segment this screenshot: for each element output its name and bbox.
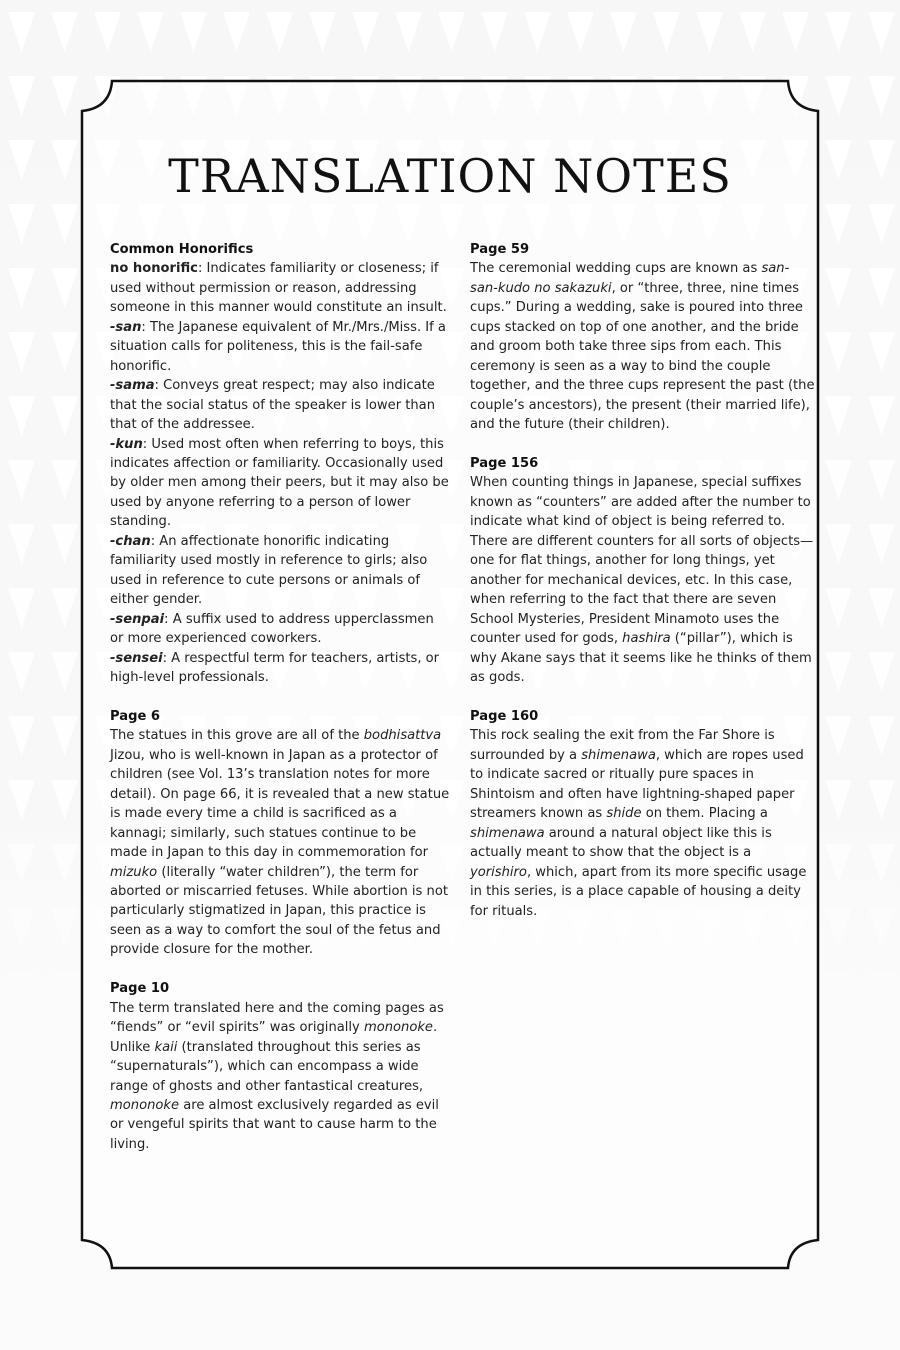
note-text: , or “three, three, nine times cups.” Du… <box>470 281 815 432</box>
page-59-note: Page 59 The ceremonial wedding cups are … <box>470 240 815 435</box>
honorific-definition: : Conveys great respect; may also indica… <box>110 378 435 432</box>
page-156-note: Page 156 When counting things in Japanes… <box>470 454 815 687</box>
note-text: on them. Placing a <box>642 806 768 821</box>
honorific-entry: -sama: Conveys great respect; may also i… <box>110 376 450 434</box>
honorific-entry: -senpai: A suffix used to address upperc… <box>110 610 450 649</box>
honorific-term: -chan <box>110 534 151 549</box>
honorific-entry: -chan: An affectionate honorific indicat… <box>110 532 450 610</box>
note-text: The ceremonial wedding cups are known as <box>470 261 761 276</box>
page-6-note: Page 6 The statues in this grove are all… <box>110 707 450 960</box>
honorific-definition: : Used most often when referring to boys… <box>110 437 449 530</box>
note-body: This rock sealing the exit from the Far … <box>470 726 815 921</box>
note-term: shide <box>606 806 641 821</box>
note-text: When counting things in Japanese, specia… <box>470 475 813 646</box>
page-title: TRANSLATION NOTES <box>0 149 900 203</box>
honorific-entry: -kun: Used most often when referring to … <box>110 435 450 532</box>
honorific-term: -senpai <box>110 612 164 627</box>
note-heading: Page 10 <box>110 979 450 998</box>
honorific-term: -san <box>110 320 141 335</box>
honorific-term: -sama <box>110 378 155 393</box>
note-term: mononoke <box>364 1020 433 1035</box>
note-body: The term translated here and the coming … <box>110 999 450 1155</box>
note-term: hashira <box>622 631 671 646</box>
note-heading: Page 6 <box>110 707 450 726</box>
note-heading: Page 160 <box>470 707 815 726</box>
note-text: Jizou, who is well-known in Japan as a p… <box>110 748 449 860</box>
honorific-entry: no honorific: Indicates familiarity or c… <box>110 259 450 317</box>
honorific-term: -kun <box>110 437 143 452</box>
note-term: yorishiro <box>470 865 527 880</box>
honorific-definition: : The Japanese equivalent of Mr./Mrs./Mi… <box>110 320 446 374</box>
right-column: Page 59 The ceremonial wedding cups are … <box>470 240 815 940</box>
note-term: mizuko <box>110 865 157 880</box>
note-text: (literally “water children”), the term f… <box>110 865 448 958</box>
honorifics-heading: Common Honorifics <box>110 240 450 259</box>
note-heading: Page 59 <box>470 240 815 259</box>
note-heading: Page 156 <box>470 454 815 473</box>
note-term: bodhisattva <box>364 728 441 743</box>
note-term: shimenawa <box>470 826 545 841</box>
page-10-note: Page 10 The term translated here and the… <box>110 979 450 1154</box>
page-160-note: Page 160 This rock sealing the exit from… <box>470 707 815 921</box>
note-body: The ceremonial wedding cups are known as… <box>470 259 815 434</box>
honorifics-section: Common Honorifics no honorific: Indicate… <box>110 240 450 687</box>
honorific-definition: : An affectionate honorific indicating f… <box>110 534 427 607</box>
note-term: shimenawa <box>581 748 656 763</box>
note-term: kaii <box>155 1040 178 1055</box>
honorific-entry: -sensei: A respectful term for teachers,… <box>110 649 450 688</box>
note-text: The statues in this grove are all of the <box>110 728 364 743</box>
note-body: The statues in this grove are all of the… <box>110 726 450 959</box>
honorific-term: no honorific <box>110 261 198 276</box>
honorific-term: -sensei <box>110 651 163 666</box>
note-body: When counting things in Japanese, specia… <box>470 473 815 687</box>
honorific-entry: -san: The Japanese equivalent of Mr./Mrs… <box>110 318 450 376</box>
left-column: Common Honorifics no honorific: Indicate… <box>110 240 450 1174</box>
note-term: mononoke <box>110 1098 179 1113</box>
